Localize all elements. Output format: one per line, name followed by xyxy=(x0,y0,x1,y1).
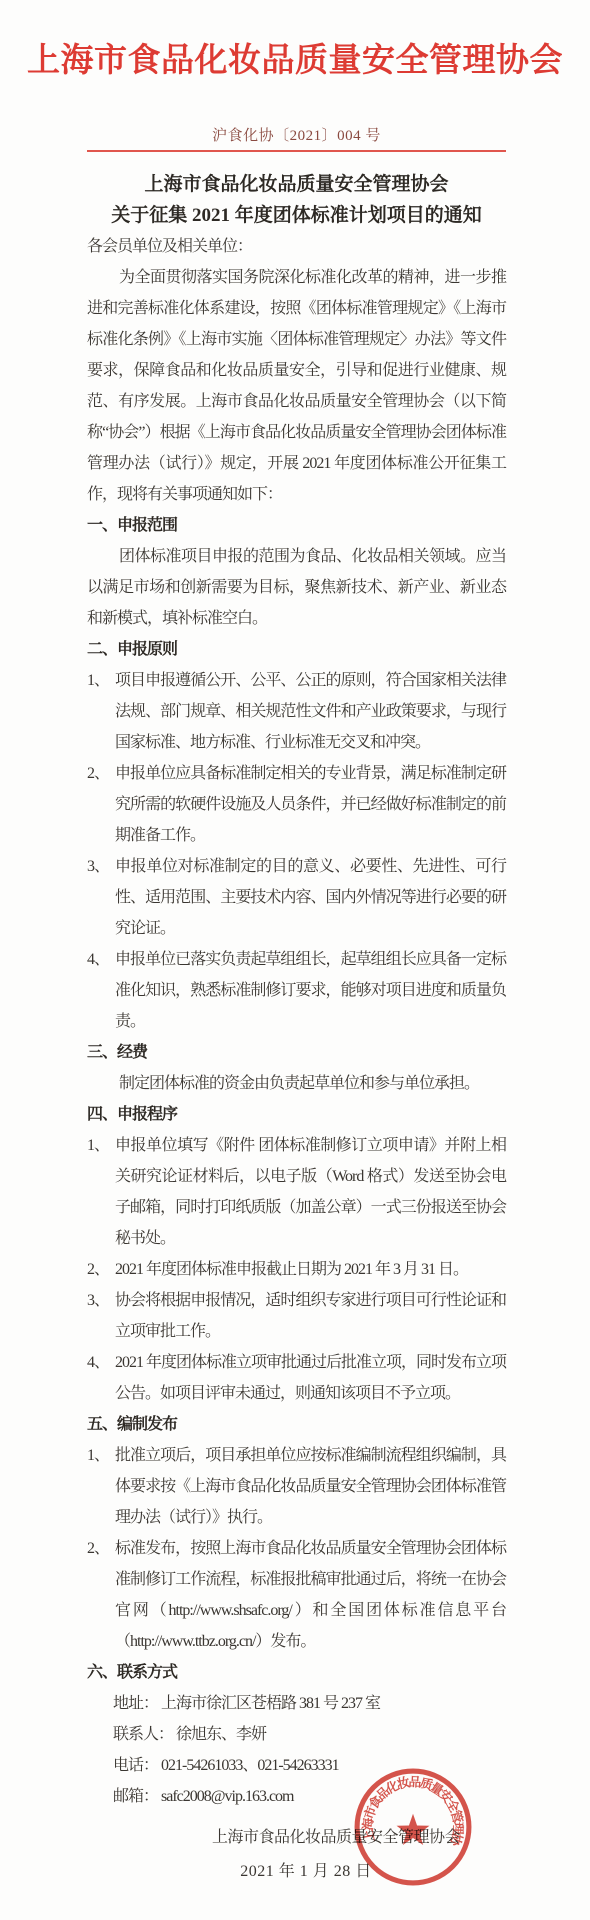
item-text: 2021 年度团体标准申报截止日期为 2021 年 3 月 31 日。 xyxy=(115,1261,468,1278)
document-body: 各会员单位及相关单位： 为全面贯彻落实国务院深化标准化改革的精神，进一步推进和完… xyxy=(87,231,506,1812)
section-heading-6: 六、联系方式 xyxy=(87,1657,506,1688)
list-item: 1、 批准立项后，项目承担单位应按标准编制流程组织编制，具体要求按《上海市食品化… xyxy=(87,1440,506,1533)
item-number: 3、 xyxy=(87,851,109,882)
contact-email: 邮箱： safc2008@vip.163.com xyxy=(87,1781,506,1812)
scanned-notice-document: 上海市食品化妆品质量安全管理协会 沪食化协〔2021〕004 号 上海市食品化妆… xyxy=(0,0,590,1920)
section-heading-2: 二、申报原则 xyxy=(87,634,506,665)
section-heading-5: 五、编制发布 xyxy=(87,1409,506,1440)
contact-address: 地址： 上海市徐汇区苍梧路 381 号 237 室 xyxy=(87,1688,506,1719)
item-number: 3、 xyxy=(87,1285,109,1316)
section-heading-1: 一、申报范围 xyxy=(87,510,506,541)
item-text: 协会将根据申报情况，适时组织专家进行项目可行性论证和立项审批工作。 xyxy=(115,1292,506,1340)
section-heading-4: 四、申报程序 xyxy=(87,1099,506,1130)
masthead-divider xyxy=(87,150,506,152)
item-number: 2、 xyxy=(87,1533,109,1564)
intro-paragraph: 为全面贯彻落实国务院深化标准化改革的精神，进一步推进和完善标准化体系建设，按照《… xyxy=(87,262,506,510)
contact-phone: 电话： 021-54261033、021-54263331 xyxy=(87,1750,506,1781)
closing-date: 2021 年 1 月 28 日 xyxy=(128,1858,484,1881)
item-text: 申报单位应具备标准制定相关的专业背景，满足标准制定研究所需的软硬件设施及人员条件… xyxy=(115,765,506,844)
document-title-line1: 上海市食品化妆品质量安全管理协会 xyxy=(87,169,506,200)
item-text: 项目申报遵循公开、公平、公正的原则，符合国家相关法律法规、部门规章、相关规范性文… xyxy=(115,672,506,751)
contact-person: 联系人： 徐旭东、李妍 xyxy=(87,1719,506,1750)
salutation: 各会员单位及相关单位： xyxy=(87,231,506,262)
list-item: 2、 标准发布，按照上海市食品化妆品质量安全管理协会团体标准制修订工作流程，标准… xyxy=(87,1533,506,1657)
list-item: 1、 项目申报遵循公开、公平、公正的原则，符合国家相关法律法规、部门规章、相关规… xyxy=(87,665,506,758)
list-item: 3、 协会将根据申报情况，适时组织专家进行项目可行性论证和立项审批工作。 xyxy=(87,1285,506,1347)
item-text: 标准发布，按照上海市食品化妆品质量安全管理协会团体标准制修订工作流程，标准报批稿… xyxy=(115,1540,506,1650)
section-heading-3: 三、经费 xyxy=(87,1037,506,1068)
item-text: 申报单位已落实负责起草组组长，起草组组长应具备一定标准化知识，熟悉标准制修订要求… xyxy=(115,951,506,1030)
doc-number: 沪食化协〔2021〕004 号 xyxy=(87,127,506,145)
item-number: 4、 xyxy=(87,1347,109,1378)
item-number: 4、 xyxy=(87,944,109,975)
document-title-line2: 关于征集 2021 年度团体标准计划项目的通知 xyxy=(87,200,506,231)
list-item: 4、 2021 年度团体标准立项审批通过后批准立项，同时发布立项公告。如项目评审… xyxy=(87,1347,506,1409)
item-text: 申报单位对标准制定的目的意义、必要性、先进性、可行性、适用范围、主要技术内容、国… xyxy=(115,858,506,937)
section-1-paragraph: 团体标准项目申报的范围为食品、化妆品相关领域。应当以满足市场和创新需要为目标，聚… xyxy=(87,541,506,634)
closing-signature-org: 上海市食品化妆品质量安全管理协会 xyxy=(158,1824,514,1847)
item-number: 1、 xyxy=(87,1440,109,1471)
item-number: 1、 xyxy=(87,1130,109,1161)
org-masthead-title: 上海市食品化妆品质量安全管理协会 xyxy=(0,40,590,82)
item-number: 1、 xyxy=(87,665,109,696)
item-text: 批准立项后，项目承担单位应按标准编制流程组织编制，具体要求按《上海市食品化妆品质… xyxy=(115,1447,506,1526)
item-text: 申报单位填写《附件 团体标准制修订立项申请》并附上相关研究论证材料后，以电子版（… xyxy=(115,1137,506,1247)
list-item: 1、 申报单位填写《附件 团体标准制修订立项申请》并附上相关研究论证材料后，以电… xyxy=(87,1130,506,1254)
document-title: 上海市食品化妆品质量安全管理协会 关于征集 2021 年度团体标准计划项目的通知 xyxy=(87,169,506,231)
list-item: 3、 申报单位对标准制定的目的意义、必要性、先进性、可行性、适用范围、主要技术内… xyxy=(87,851,506,944)
list-item: 2、 申报单位应具备标准制定相关的专业背景，满足标准制定研究所需的软硬件设施及人… xyxy=(87,758,506,851)
item-number: 2、 xyxy=(87,758,109,789)
section-3-paragraph: 制定团体标准的资金由负责起草单位和参与单位承担。 xyxy=(87,1068,506,1099)
list-item: 2、 2021 年度团体标准申报截止日期为 2021 年 3 月 31 日。 xyxy=(87,1254,506,1285)
list-item: 4、 申报单位已落实负责起草组组长，起草组组长应具备一定标准化知识，熟悉标准制修… xyxy=(87,944,506,1037)
item-text: 2021 年度团体标准立项审批通过后批准立项，同时发布立项公告。如项目评审未通过… xyxy=(115,1354,506,1402)
item-number: 2、 xyxy=(87,1254,109,1285)
